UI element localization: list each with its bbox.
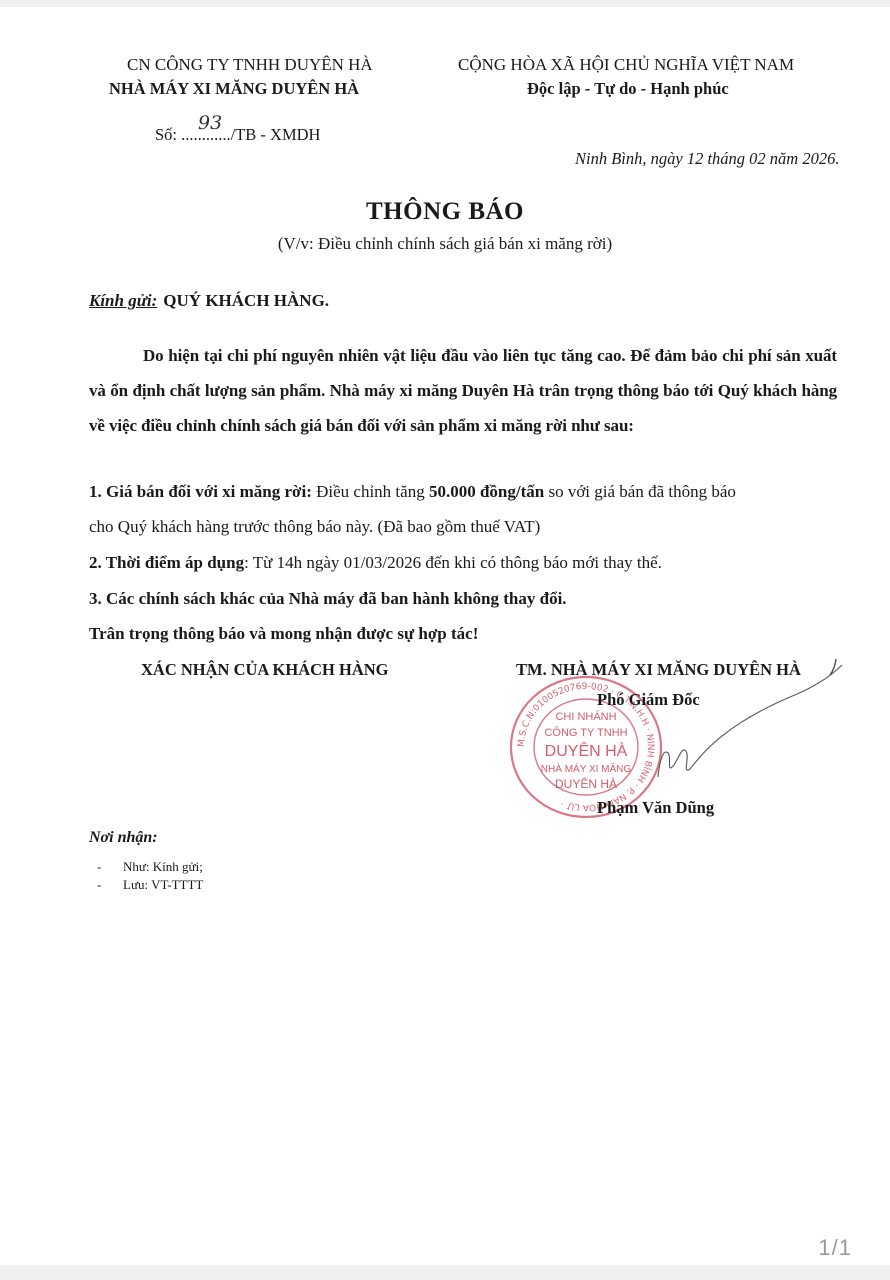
doc-number-label: Số:	[155, 125, 181, 144]
place-date: Ninh Bình, ngày 12 tháng 02 năm 2026.	[575, 149, 839, 169]
org-parent-name: CN CÔNG TY TNHH DUYÊN HÀ	[127, 55, 373, 75]
item-1-continuation: cho Quý khách hàng trước thông báo này. …	[89, 517, 540, 537]
stamp-line-5: DUYÊN HÀ	[555, 776, 617, 791]
stamp-line-2: CÔNG TY TNHH	[544, 726, 627, 739]
item-2-label: 2. Thời điểm áp dụng	[89, 553, 244, 572]
document-subject: (V/v: Điều chỉnh chính sách giá bán xi m…	[0, 234, 890, 254]
page-indicator: 1/1	[818, 1235, 852, 1261]
closing-line: Trân trọng thông báo và mong nhận được s…	[89, 624, 478, 644]
item-1: 1. Giá bán đối với xi măng rời: Điều chỉ…	[89, 482, 736, 502]
price-increase-amount: 50.000 đồng/tấn	[429, 482, 544, 501]
recipient-item: -Như: Kính gửi;	[97, 859, 203, 875]
intro-text: Do hiện tại chi phí nguyên nhiên vật liệ…	[89, 346, 837, 435]
customer-confirmation-label: XÁC NHẬN CỦA KHÁCH HÀNG	[141, 660, 389, 680]
viewer-top-bar	[0, 0, 890, 7]
org-factory-name-text: NHÀ MÁY XI MĂNG DUYÊN HÀ	[109, 79, 359, 98]
item-1-text-after: so với giá bán đã thông báo	[544, 482, 736, 501]
doc-number: Số: ............/TB - XMDH 93	[155, 125, 320, 145]
nation-motto: Độc lập - Tự do - Hạnh phúc	[527, 79, 729, 99]
document-page: CN CÔNG TY TNHH DUYÊN HÀ NHÀ MÁY XI MĂNG…	[0, 7, 890, 1265]
doc-number-suffix: /TB - XMDH	[231, 125, 321, 144]
greeting-label: Kính gửi:	[89, 291, 157, 310]
recipient-text: Lưu: VT-TTTT	[123, 877, 203, 892]
signer-position: Phó Giám Đốc	[597, 690, 700, 710]
bullet: -	[97, 859, 123, 875]
item-3: 3. Các chính sách khác của Nhà máy đã ba…	[89, 589, 567, 609]
stamp-line-4: NHÀ MÁY XI MĂNG	[541, 762, 632, 775]
greeting: Kính gửi:QUÝ KHÁCH HÀNG.	[89, 291, 329, 311]
item-1-text: Điều chỉnh tăng	[312, 482, 429, 501]
recipients-title: Nơi nhận:	[89, 829, 158, 847]
document-title: THÔNG BÁO	[0, 198, 890, 226]
bullet: -	[97, 877, 123, 893]
item-2-text: : Từ 14h ngày 01/03/2026 đến khi có thôn…	[244, 553, 662, 572]
org-factory-name: NHÀ MÁY XI MĂNG DUYÊN HÀ	[109, 79, 359, 99]
nation-title: CỘNG HÒA XÃ HỘI CHỦ NGHĨA VIỆT NAM	[458, 55, 794, 75]
stamp-line-3: DUYÊN HÀ	[545, 741, 628, 760]
recipient-item: -Lưu: VT-TTTT	[97, 877, 203, 893]
recipient-text: Như: Kính gửi;	[123, 859, 203, 874]
intro-paragraph: Do hiện tại chi phí nguyên nhiên vật liệ…	[89, 338, 837, 443]
handwritten-signature	[630, 657, 860, 787]
stamp-line-1: CHI NHÁNH	[555, 710, 616, 723]
greeting-recipient: QUÝ KHÁCH HÀNG.	[163, 291, 329, 310]
doc-number-handwritten: 93	[198, 112, 222, 134]
signer-name: Phạm Văn Dũng	[597, 798, 714, 818]
item-2: 2. Thời điểm áp dụng: Từ 14h ngày 01/03/…	[89, 553, 662, 573]
item-1-label: 1. Giá bán đối với xi măng rời:	[89, 482, 312, 501]
viewer-bottom-bar	[0, 1265, 890, 1280]
